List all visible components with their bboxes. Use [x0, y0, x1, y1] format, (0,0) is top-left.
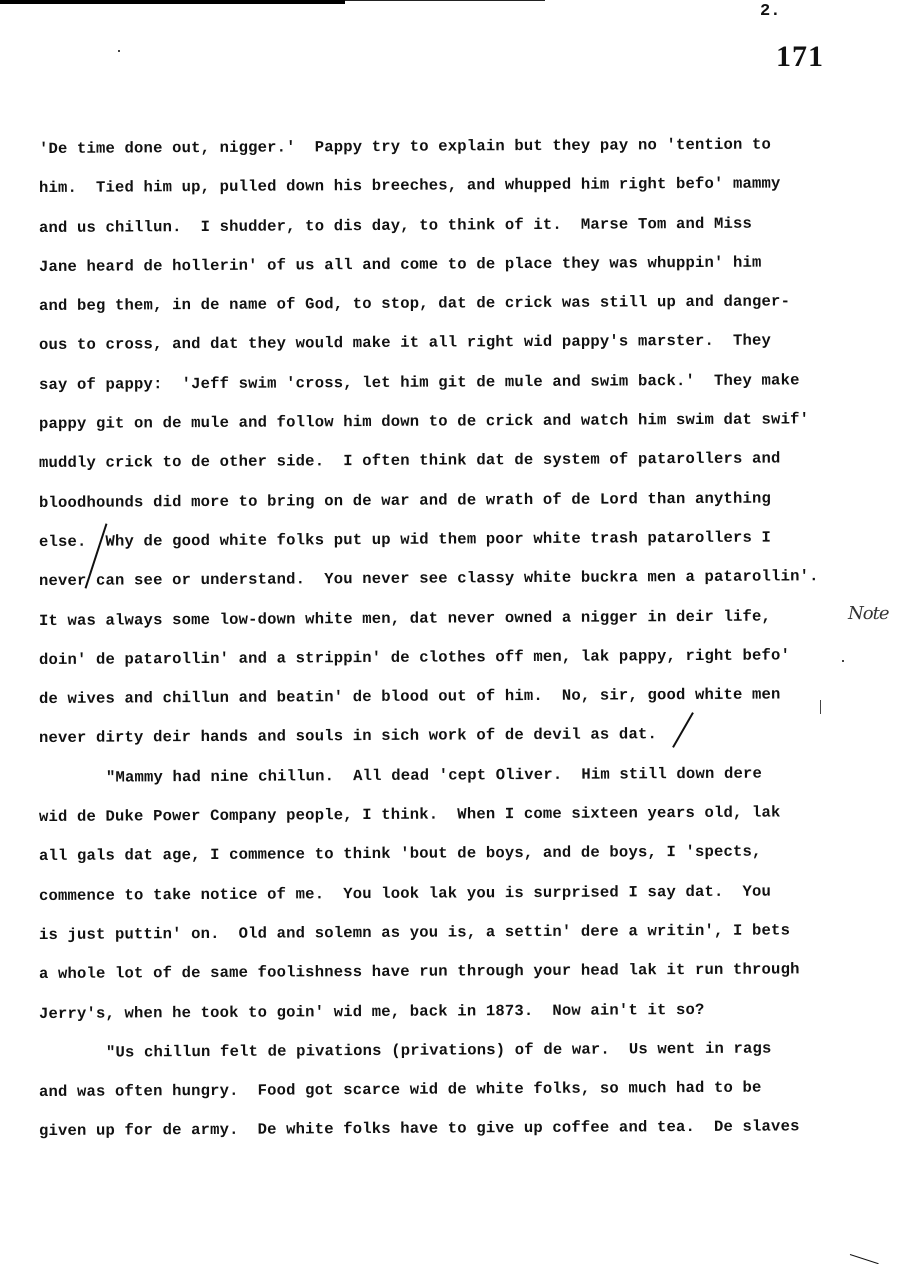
text-line: and was often hungry. Food got scarce wi… [39, 1076, 859, 1120]
text-line: else. Why de good white folks put up wid… [39, 526, 859, 570]
text-line: It was always some low-down white men, d… [39, 605, 859, 649]
text-line: never dirty deir hands and souls in sich… [39, 722, 859, 766]
text-line: Jerry's, when he took to goin' wid me, b… [39, 998, 859, 1042]
text-line: pappy git on de mule and follow him down… [39, 408, 859, 452]
scan-speck [820, 700, 821, 714]
paragraph-first-line: "Mammy had nine chillun. All dead 'cept … [39, 762, 859, 806]
text-line: commence to take notice of me. You look … [39, 880, 859, 924]
scan-edge-line [345, 0, 545, 1]
text-line: never can see or understand. You never s… [39, 565, 859, 609]
sheet-number: 2. [760, 2, 780, 21]
text-line: is just puttin' on. Old and solemn as yo… [39, 919, 859, 963]
text-line: wid de Duke Power Company people, I thin… [39, 801, 859, 845]
paragraph-first-line: "Us chillun felt de pivations (privation… [39, 1037, 859, 1081]
text-line: doin' de patarollin' and a strippin' de … [39, 644, 859, 688]
text-line: de wives and chillun and beatin' de bloo… [39, 683, 859, 727]
text-line: say of pappy: 'Jeff swim 'cross, let him… [39, 369, 859, 413]
text-line: him. Tied him up, pulled down his breech… [39, 172, 859, 216]
corner-pen-stroke [850, 1254, 879, 1264]
scan-speck [118, 50, 120, 52]
text-line: a whole lot of de same foolishness have … [39, 958, 859, 1002]
text-line: muddly crick to de other side. I often t… [39, 447, 859, 491]
text-line: 'De time done out, nigger.' Pappy try to… [39, 133, 859, 177]
typed-body-text: 'De time done out, nigger.' Pappy try to… [39, 138, 859, 1160]
text-line: given up for de army. De white folks hav… [39, 1115, 859, 1159]
text-line: bloodhounds did more to bring on de war … [39, 487, 859, 531]
scan-speck [842, 660, 844, 662]
handwritten-margin-note: Note [848, 603, 888, 624]
text-line: and us chillun. I shudder, to dis day, t… [39, 212, 859, 256]
scan-edge-shadow [0, 0, 345, 4]
text-line: ous to cross, and dat they would make it… [39, 329, 859, 373]
text-line: Jane heard de hollerin' of us all and co… [39, 251, 859, 295]
text-line: all gals dat age, I commence to think 'b… [39, 840, 859, 884]
text-line: and beg them, in de name of God, to stop… [39, 290, 859, 334]
page-number: 171 [776, 40, 824, 74]
